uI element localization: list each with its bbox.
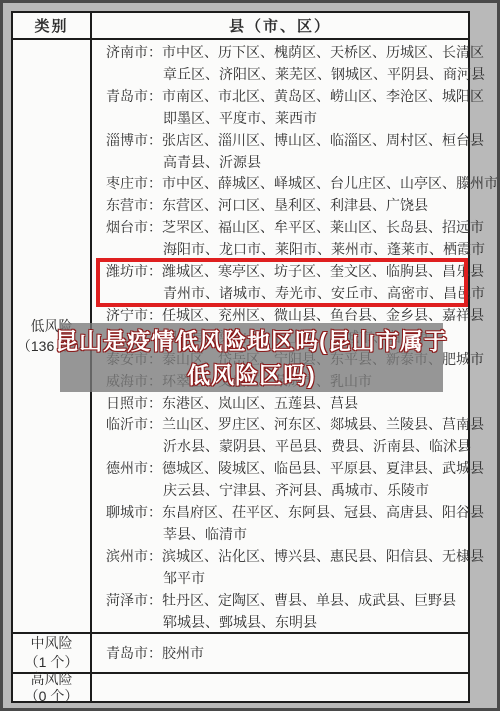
district-list: 德城区、陵城区、临邑县、平原县、夏津县、武城县 <box>162 460 484 476</box>
header-category: 类别 <box>13 13 92 38</box>
district-list: 任城区、兖州区、微山县、鱼台县、金乡县、嘉祥县 <box>162 307 484 323</box>
district-list: 章丘区、济阳区、莱芜区、钢城区、平阴县、商河县 <box>106 64 466 86</box>
risk-count: （1 个） <box>25 653 79 672</box>
city-entry: 淄博市：张店区、淄川区、博山区、临淄区、周村区、桓台县 高青县、沂源县 <box>106 130 466 174</box>
city-name: 德州市 <box>106 460 148 476</box>
city-entry: 日照市：东港区、岚山区、五莲县、莒县 <box>106 393 466 415</box>
city-name: 潍坊市 <box>106 263 148 279</box>
city-entry-highlighted: 潍坊市：潍城区、寒亭区、坊子区、奎文区、临朐县、昌乐县 青州市、诸城市、寿光市、… <box>106 261 466 305</box>
district-list: 青州市、诸城市、寿光市、安丘市、高密市、昌邑市 <box>106 283 466 305</box>
district-list: 即墨区、平度市、莱西市 <box>106 108 466 130</box>
high-risk-row: 高风险 （0 个） <box>13 674 468 701</box>
city-entry: 烟台市：芝罘区、福山区、牟平区、莱山区、长岛县、招远市 海阳市、龙口市、莱阳市、… <box>106 217 466 261</box>
city-name: 济南市 <box>106 44 148 60</box>
district-list: 市南区、市北区、黄岛区、崂山区、李沧区、城阳区 <box>162 88 484 104</box>
page: 类别 县（市、区） 低风险 （136 个） 济南市：市中区、历下区、槐荫区、天桥… <box>0 0 500 711</box>
district-list: 沂水县、蒙阴县、平邑县、费县、沂南县、临沭县 <box>106 436 466 458</box>
district-list: 芝罘区、福山区、牟平区、莱山区、长岛县、招远市 <box>162 219 484 235</box>
district-list: 东营区、河口区、垦利区、利津县、广饶县 <box>162 197 428 213</box>
colon: ： <box>148 88 162 104</box>
city-name: 济宁市 <box>106 307 148 323</box>
city-entry: 菏泽市：牡丹区、定陶区、曹县、单县、成武县、巨野县 郓城县、鄄城县、东明县 <box>106 590 466 634</box>
mid-risk-list-cell: 青岛市：胶州市 <box>92 634 468 672</box>
colon: ： <box>148 416 162 432</box>
city-entry: 东营市：东营区、河口区、垦利区、利津县、广饶县 <box>106 195 466 217</box>
city-name: 滨州市 <box>106 548 148 564</box>
city-name: 日照市 <box>106 395 148 411</box>
caption-line-1: 昆山是疫情低风险地区吗(昆山市属于 <box>55 324 448 358</box>
city-name: 聊城市 <box>106 504 148 520</box>
colon: ： <box>148 44 162 60</box>
district-list: 郓城县、鄄城县、东明县 <box>106 612 466 634</box>
district-list: 潍城区、寒亭区、坊子区、奎文区、临朐县、昌乐县 <box>162 263 484 279</box>
risk-label: 高风险 <box>31 671 73 688</box>
district-list: 牡丹区、定陶区、曹县、单县、成武县、巨野县 <box>162 592 456 608</box>
caption-line-2: 低风险区吗) <box>187 358 316 392</box>
city-entry: 青岛市：市南区、市北区、黄岛区、崂山区、李沧区、城阳区 即墨区、平度市、莱西市 <box>106 86 466 130</box>
district-list: 兰山区、罗庄区、河东区、郯城县、兰陵县、莒南县 <box>162 416 484 432</box>
caption-overlay: 昆山是疫情低风险地区吗(昆山市属于 低风险区吗) <box>60 323 443 392</box>
city-entry: 滨州市：滨城区、沾化区、博兴县、惠民县、阳信县、无棣县 邹平市 <box>106 546 466 590</box>
colon: ： <box>148 197 162 213</box>
colon: ： <box>148 132 162 148</box>
city-entry: 青岛市：胶州市 <box>106 643 204 665</box>
district-list: 张店区、淄川区、博山区、临淄区、周村区、桓台县 <box>162 132 484 148</box>
district-list: 胶州市 <box>162 645 204 661</box>
city-name: 青岛市 <box>106 88 148 104</box>
city-name: 菏泽市 <box>106 592 148 608</box>
city-name: 淄博市 <box>106 132 148 148</box>
city-entry: 枣庄市：市中区、薛城区、峄城区、台儿庄区、山亭区、滕州市 <box>106 173 466 195</box>
colon: ： <box>148 263 162 279</box>
risk-count: （0 个） <box>25 688 79 705</box>
city-name: 枣庄市 <box>106 175 148 191</box>
district-list: 海阳市、龙口市、莱阳市、莱州市、蓬莱市、栖霞市 <box>106 239 466 261</box>
city-entry: 济南市：市中区、历下区、槐荫区、天桥区、历城区、长清区 章丘区、济阳区、莱芜区、… <box>106 42 466 86</box>
district-list: 庆云县、宁津县、齐河县、禹城市、乐陵市 <box>106 480 466 502</box>
district-list: 市中区、薛城区、峄城区、台儿庄区、山亭区、滕州市 <box>162 175 498 191</box>
colon: ： <box>148 219 162 235</box>
district-list: 市中区、历下区、槐荫区、天桥区、历城区、长清区 <box>162 44 484 60</box>
district-list: 东昌府区、茌平区、东阿县、冠县、高唐县、阳谷县 <box>162 504 484 520</box>
colon: ： <box>148 645 162 661</box>
high-risk-list-cell <box>92 674 468 701</box>
city-name: 青岛市 <box>106 645 148 661</box>
mid-risk-label-cell: 中风险 （1 个） <box>13 634 92 672</box>
colon: ： <box>148 307 162 323</box>
colon: ： <box>148 548 162 564</box>
table-header-row: 类别 县（市、区） <box>13 13 468 40</box>
city-name: 烟台市 <box>106 219 148 235</box>
colon: ： <box>148 592 162 608</box>
city-name: 临沂市 <box>106 416 148 432</box>
colon: ： <box>148 175 162 191</box>
risk-label: 中风险 <box>31 634 73 653</box>
city-entry: 临沂市：兰山区、罗庄区、河东区、郯城县、兰陵县、莒南县 沂水县、蒙阴县、平邑县、… <box>106 414 466 458</box>
colon: ： <box>148 395 162 411</box>
city-name: 东营市 <box>106 197 148 213</box>
district-list: 滨城区、沾化区、博兴县、惠民县、阳信县、无棣县 <box>162 548 484 564</box>
district-list: 莘县、临清市 <box>106 524 466 546</box>
city-entry: 聊城市：东昌府区、茌平区、东阿县、冠县、高唐县、阳谷县 莘县、临清市 <box>106 502 466 546</box>
colon: ： <box>148 504 162 520</box>
city-entry: 德州市：德城区、陵城区、临邑县、平原县、夏津县、武城县 庆云县、宁津县、齐河县、… <box>106 458 466 502</box>
district-list: 东港区、岚山区、五莲县、莒县 <box>162 395 358 411</box>
district-list: 邹平市 <box>106 568 466 590</box>
high-risk-label-cell: 高风险 （0 个） <box>13 674 92 701</box>
colon: ： <box>148 460 162 476</box>
district-list: 高青县、沂源县 <box>106 152 466 174</box>
header-county: 县（市、区） <box>92 13 468 38</box>
mid-risk-row: 中风险 （1 个） 青岛市：胶州市 <box>13 634 468 674</box>
